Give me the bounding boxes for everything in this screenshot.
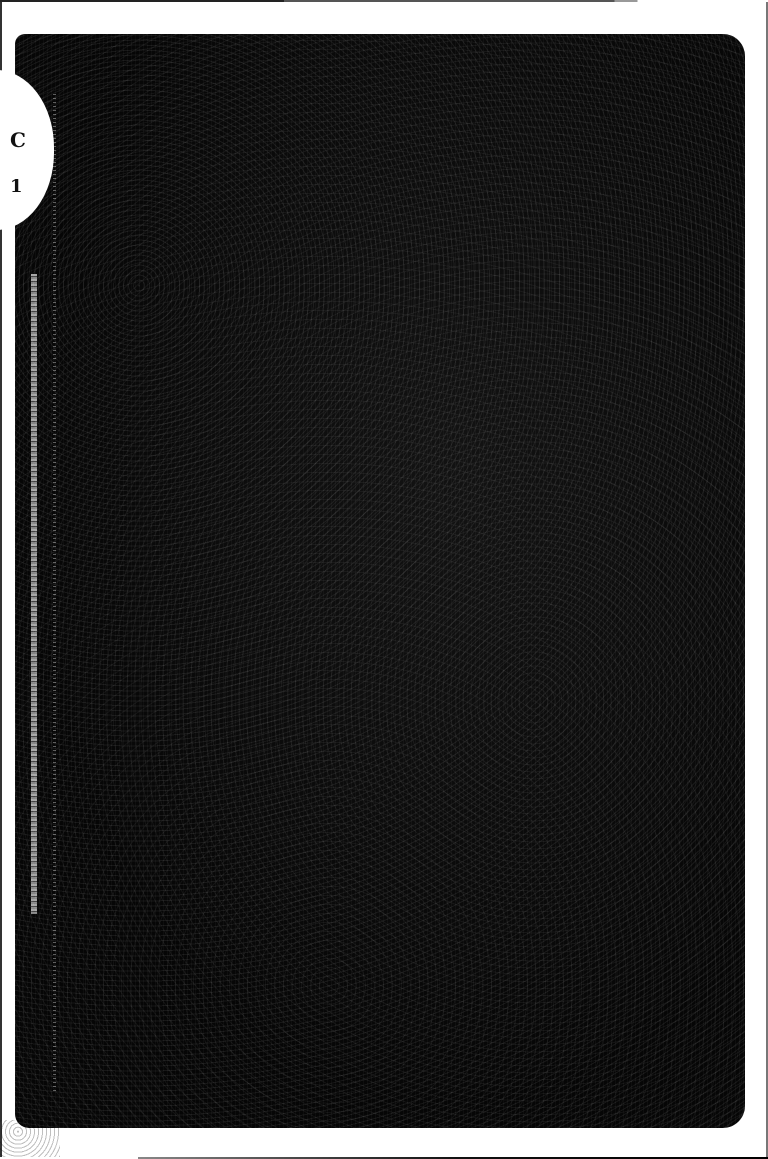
scan-specks bbox=[0, 1120, 60, 1159]
scan-frame-top bbox=[0, 0, 768, 2]
spine-label-text-1: C bbox=[10, 130, 26, 150]
spine-label-text-2: 1 bbox=[10, 178, 23, 196]
spine-texture bbox=[53, 94, 56, 1094]
book-cover bbox=[15, 34, 745, 1128]
spine-highlight bbox=[31, 274, 37, 914]
